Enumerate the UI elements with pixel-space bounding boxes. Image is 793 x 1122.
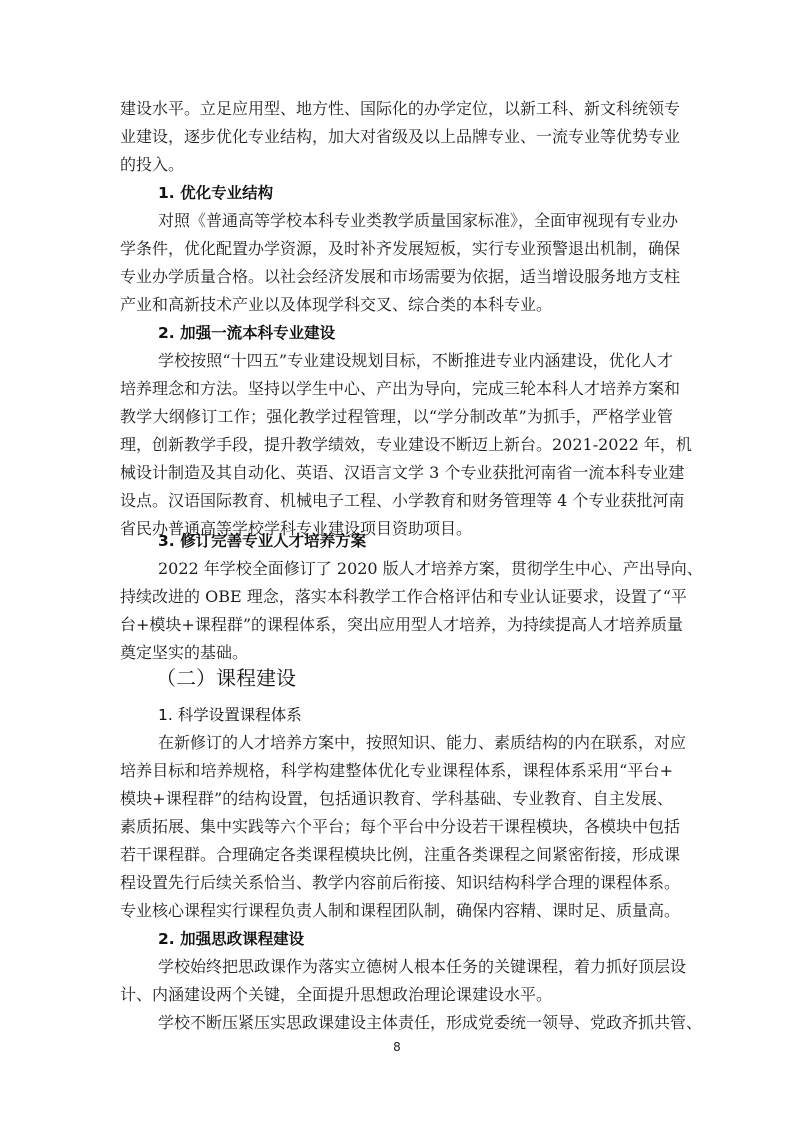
paragraph-line: 培养目标和培养规格，科学构建整体优化专业课程体系，课程体系采用“平台+ xyxy=(120,759,673,783)
document-page: 8 建设水平。立足应用型、地方性、国际化的办学定位，以新工科、新文科统领专业建设… xyxy=(0,0,793,1122)
paragraph-line: 业建设，逐步优化专业结构，加大对省级及以上品牌专业、一流专业等优势专业 xyxy=(120,125,673,149)
paragraph-line: 素质拓展、集中实践等六个平台；每个平台中分设若干课程模块，各模块中包括 xyxy=(120,815,673,839)
paragraph-line: 学校始终把思政课作为落实立德树人根本任务的关键课程，着力抓好顶层设 xyxy=(158,955,673,979)
section-heading: （二）课程建设 xyxy=(156,663,296,693)
paragraph-line: 对照《普通高等学校本科专业类教学质量国家标准》，全面审视现有专业办 xyxy=(158,209,673,233)
paragraph-line: 建设水平。立足应用型、地方性、国际化的办学定位，以新工科、新文科统领专 xyxy=(120,97,673,121)
subsection-heading: 2. 加强一流本科专业建设 xyxy=(158,321,335,345)
paragraph-line: 奠定坚实的基础。 xyxy=(120,641,673,665)
paragraph-line: 产业和高新技术产业以及体现学科交叉、综合类的本科专业。 xyxy=(120,293,673,317)
paragraph-line: 程设置先行后续关系恰当、教学内容前后衔接、知识结构科学合理的课程体系。 xyxy=(120,871,673,895)
paragraph-line: 械设计制造及其自动化、英语、汉语言文学 3 个专业获批河南省一流本科专业建 xyxy=(120,461,673,485)
paragraph-line: 专业办学质量合格。以社会经济发展和市场需要为依据，适当增设服务地方支柱 xyxy=(120,265,673,289)
subsection-heading: 2. 加强思政课程建设 xyxy=(158,927,304,951)
paragraph-line: 模块+课程群”的结构设置，包括通识教育、学科基础、专业教育、自主发展、 xyxy=(120,787,673,811)
paragraph-line: 台+模块+课程群”的课程体系，突出应用型人才培养，为持续提高人才培养质量 xyxy=(120,613,673,637)
paragraph-line: 持续改进的 OBE 理念，落实本科教学工作合格评估和专业认证要求，设置了“平 xyxy=(120,585,673,609)
paragraph-line: 学校按照“十四五”专业建设规划目标，不断推进专业内涵建设，优化人才 xyxy=(158,349,673,373)
paragraph-line: 理，创新教学手段，提升教学绩效，专业建设不断迈上新台。2021-2022 年，机 xyxy=(120,433,673,457)
subsection-heading: 1. 科学设置课程体系 xyxy=(158,703,302,727)
paragraph-line: 教学大纲修订工作；强化教学过程管理，以“学分制改革”为抓手，严格学业管 xyxy=(120,405,673,429)
paragraph-line: 2022 年学校全面修订了 2020 版人才培养方案，贯彻学生中心、产出导向、 xyxy=(158,557,673,581)
paragraph-line: 学条件，优化配置办学资源，及时补齐发展短板，实行专业预警退出机制，确保 xyxy=(120,237,673,261)
paragraph-line: 计、内涵建设两个关键，全面提升思想政治理论课建设水平。 xyxy=(120,983,673,1007)
paragraph-line: 专业核心课程实行课程负责人制和课程团队制，确保内容精、课时足、质量高。 xyxy=(120,899,673,923)
paragraph-line: 设点。汉语国际教育、机械电子工程、小学教育和财务管理等 4 个专业获批河南 xyxy=(120,489,673,513)
subsection-heading: 3. 修订完善专业人才培养方案 xyxy=(158,529,366,553)
paragraph-line: 学校不断压紧压实思政课建设主体责任，形成党委统一领导、党政齐抓共管、 xyxy=(158,1011,673,1035)
paragraph-line: 的投入。 xyxy=(120,153,673,177)
paragraph-line: 培养理念和方法。坚持以学生中心、产出为导向，完成三轮本科人才培养方案和 xyxy=(120,377,673,401)
paragraph-line: 若干课程群。合理确定各类课程模块比例，注重各类课程之间紧密衔接，形成课 xyxy=(120,843,673,867)
subsection-heading: 1. 优化专业结构 xyxy=(158,181,273,205)
paragraph-line: 在新修订的人才培养方案中，按照知识、能力、素质结构的内在联系，对应 xyxy=(158,731,673,755)
page-number: 8 xyxy=(390,1040,404,1054)
